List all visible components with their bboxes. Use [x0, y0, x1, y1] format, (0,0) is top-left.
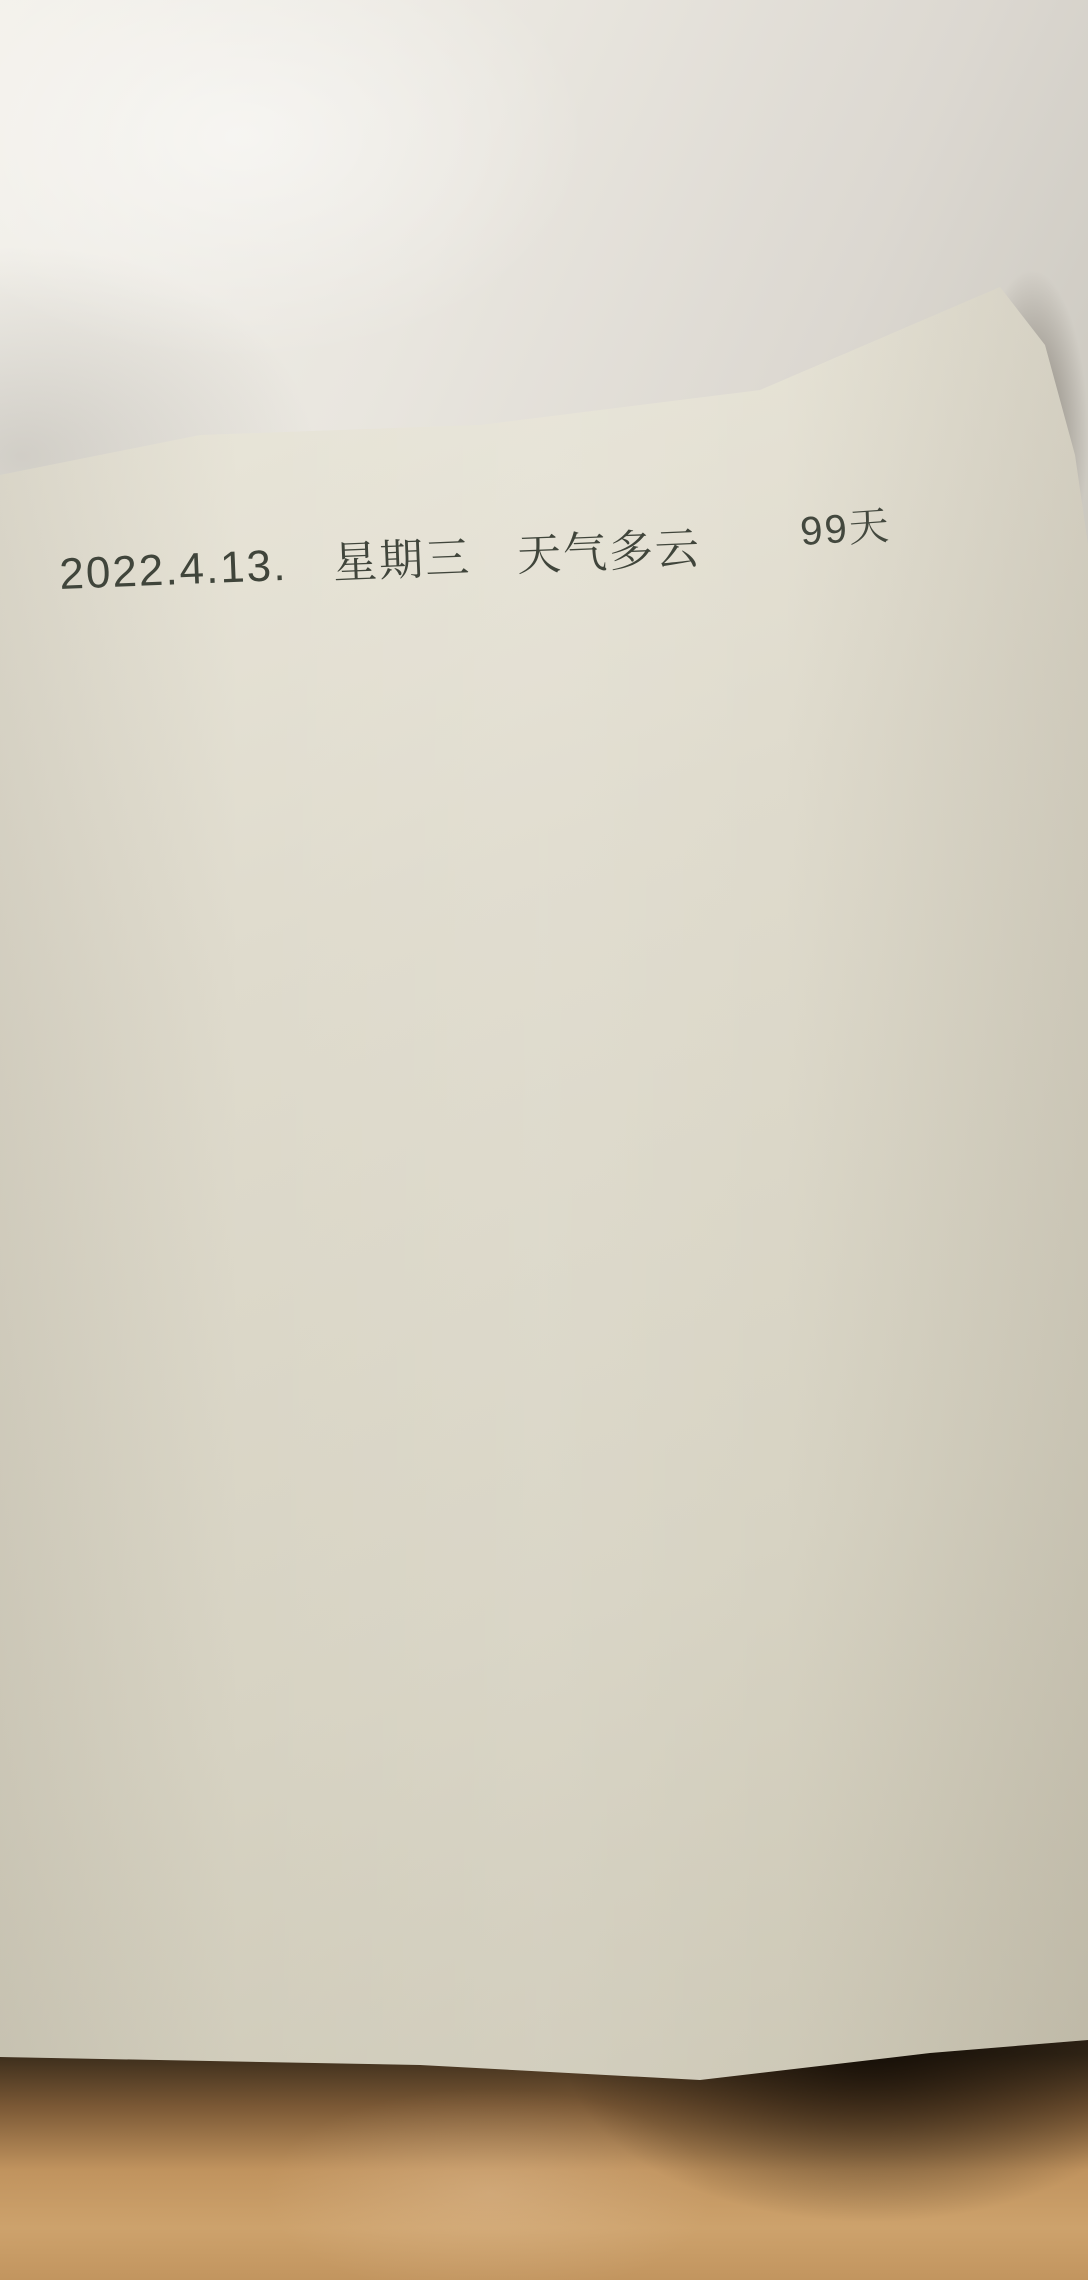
day-count-label: 99天 [798, 494, 892, 557]
photo-of-diary-page: 99天 2022.4.13. 星期三 天气多云 今天下班回家 老大很自觉得完成作… [0, 0, 1088, 2280]
